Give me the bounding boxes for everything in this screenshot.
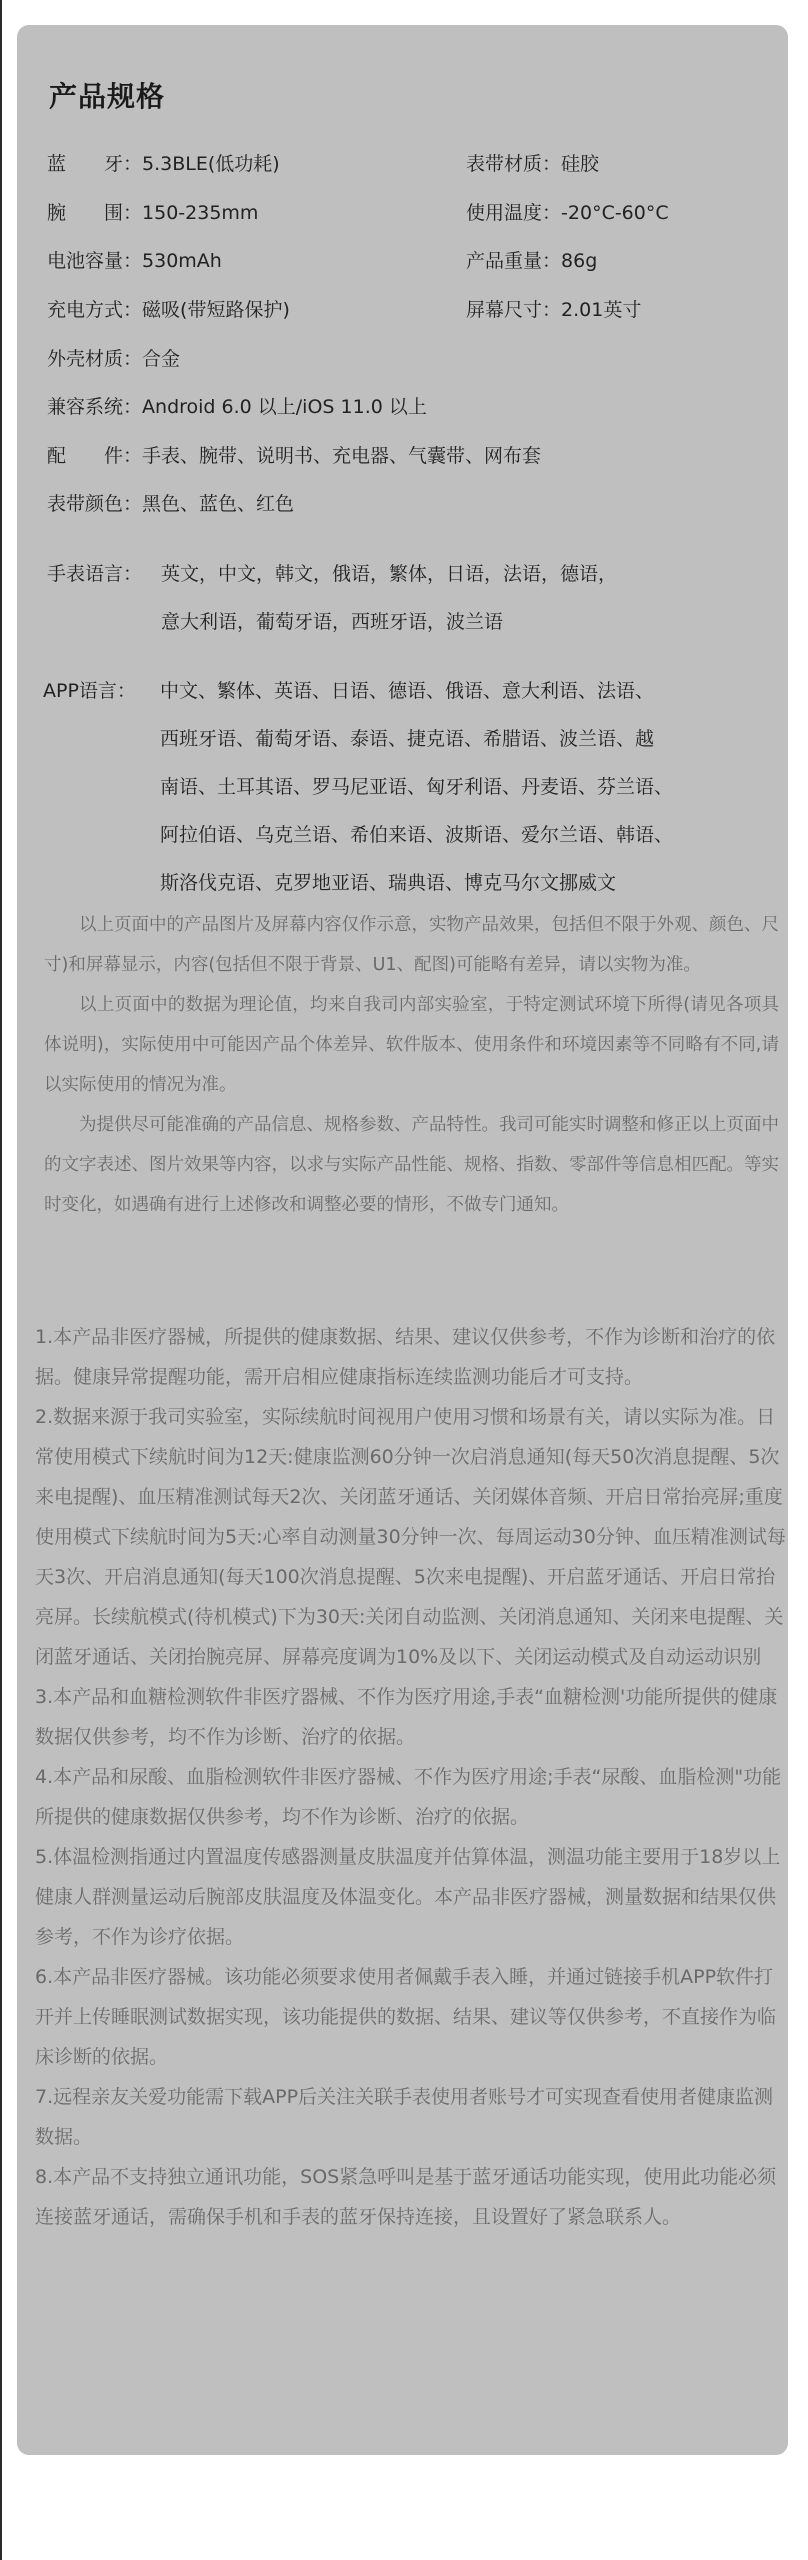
app-languages: APP语言： 中文、繁体、英语、日语、德语、俄语、意大利语、法语、 西班牙语、葡… — [43, 667, 783, 917]
app-languages-label: APP语言： — [43, 667, 136, 715]
spec-card: 产品规格 蓝牙：5.3BLE(低功耗) 腕围：150-235mm 电池容量：53… — [17, 25, 788, 2455]
spec-label: 蓝牙 — [47, 151, 123, 177]
note-item: 5.体温检测指通过内置温度传感器测量皮肤温度并估算体温，测温功能主要用于18岁以… — [35, 1837, 787, 1957]
note-item: 3.本产品和血糖检测软件非医疗器械、不作为医疗用途,手表“血糖检测'功能所提供的… — [35, 1677, 787, 1757]
spec-screen-size: 屏幕尺寸：2.01英寸 — [466, 297, 641, 323]
note-item: 8.本产品不支持独立通讯功能，SOS紧急呼叫是基于蓝牙通话功能实现，使用此功能必… — [35, 2157, 787, 2237]
spec-charging: 充电方式：磁吸(带短路保护) — [47, 297, 290, 323]
spec-label: 充电方式 — [47, 297, 123, 323]
spec-strap-material: 表带材质：硅胶 — [466, 151, 599, 177]
spec-label: 使用温度 — [466, 200, 542, 226]
spec-value: -20°C-60°C — [561, 202, 669, 224]
watch-languages-line: 意大利语，葡萄牙语，西班牙语，波兰语 — [161, 598, 503, 646]
spec-weight: 产品重量：86g — [466, 248, 597, 274]
spec-value: 合金 — [142, 348, 180, 370]
spec-value: 150-235mm — [142, 202, 258, 224]
note-item: 1.本产品非医疗器械，所提供的健康数据、结果、建议仅供参考，不作为诊断和治疗的依… — [35, 1317, 787, 1397]
spec-temperature: 使用温度：-20°C-60°C — [466, 200, 669, 226]
page-title: 产品规格 — [49, 75, 165, 115]
spec-strap-colors: 表带颜色：黑色、蓝色、红色 — [47, 491, 294, 517]
disclaimer-paragraph: 以上页面中的数据为理论值，均来自我司内部实验室，于特定测试环境下所得(请见各项具… — [44, 985, 779, 1105]
note-item: 2.数据来源于我司实验室，实际续航时间视用户使用习惯和场景有关，请以实际为准。日… — [35, 1397, 787, 1677]
app-languages-line: 南语、土耳其语、罗马尼亚语、匈牙利语、丹麦语、芬兰语、 — [160, 763, 673, 811]
watch-languages-label: 手表语言： — [47, 550, 142, 598]
spec-value: 硅胶 — [561, 153, 599, 175]
spec-shell-material: 外壳材质：合金 — [47, 346, 180, 372]
note-item: 7.远程亲友关爱功能需下载APP后关注关联手表使用者账号才可实现查看使用者健康监… — [35, 2077, 787, 2157]
note-item: 6.本产品非医疗器械。该功能必须要求使用者佩戴手表入睡，并通过链接手机APP软件… — [35, 1957, 787, 2077]
spec-label: 兼容系统 — [47, 394, 123, 420]
spec-label: 配件 — [47, 443, 123, 469]
spec-accessories: 配件：手表、腕带、说明书、充电器、气囊带、网布套 — [47, 443, 541, 469]
spec-label: 表带材质 — [466, 151, 542, 177]
disclaimer-section: 以上页面中的产品图片及屏幕内容仅作示意，实物产品效果，包括但不限于外观、颜色、尺… — [44, 905, 779, 1225]
spec-value: 磁吸(带短路保护) — [142, 299, 290, 321]
watch-languages-line: 英文，中文，韩文，俄语，繁体，日语，法语，德语， — [161, 550, 617, 598]
app-languages-line: 中文、繁体、英语、日语、德语、俄语、意大利语、法语、 — [160, 667, 654, 715]
app-languages-line: 阿拉伯语、乌克兰语、希伯来语、波斯语、爱尔兰语、韩语、 — [160, 811, 673, 859]
spec-value: 530mAh — [142, 250, 222, 272]
spec-value: 86g — [561, 250, 597, 272]
spec-label: 屏幕尺寸 — [466, 297, 542, 323]
spec-value: 2.01英寸 — [561, 299, 641, 321]
spec-bluetooth: 蓝牙：5.3BLE(低功耗) — [47, 151, 280, 177]
spec-wrist-size: 腕围：150-235mm — [47, 200, 258, 226]
spec-label: 外壳材质 — [47, 346, 123, 372]
spec-battery: 电池容量：530mAh — [47, 248, 222, 274]
app-languages-line: 西班牙语、葡萄牙语、泰语、捷克语、希腊语、波兰语、越 — [160, 715, 654, 763]
disclaimer-paragraph: 为提供尽可能准确的产品信息、规格参数、产品特性。我司可能实时调整和修正以上页面中… — [44, 1105, 779, 1225]
app-languages-line: 斯洛伐克语、克罗地亚语、瑞典语、博克马尔文挪威文 — [160, 859, 616, 907]
note-item: 4.本产品和尿酸、血脂检测软件非医疗器械、不作为医疗用途;手表“尿酸、血脂检测"… — [35, 1757, 787, 1837]
spec-label: 表带颜色 — [47, 491, 123, 517]
spec-value: 黑色、蓝色、红色 — [142, 493, 294, 515]
notes-section: 1.本产品非医疗器械，所提供的健康数据、结果、建议仅供参考，不作为诊断和治疗的依… — [35, 1317, 787, 2237]
page-left-border — [0, 0, 2, 2560]
spec-compatibility: 兼容系统：Android 6.0 以上/iOS 11.0 以上 — [47, 394, 427, 420]
spec-value: 手表、腕带、说明书、充电器、气囊带、网布套 — [142, 445, 541, 467]
spec-label: 电池容量 — [47, 248, 123, 274]
spec-value: Android 6.0 以上/iOS 11.0 以上 — [142, 396, 427, 418]
disclaimer-paragraph: 以上页面中的产品图片及屏幕内容仅作示意，实物产品效果，包括但不限于外观、颜色、尺… — [44, 905, 779, 985]
spec-label: 产品重量 — [466, 248, 542, 274]
spec-label: 腕围 — [47, 200, 123, 226]
watch-languages: 手表语言： 英文，中文，韩文，俄语，繁体，日语，法语，德语， 意大利语，葡萄牙语… — [47, 550, 767, 650]
spec-value: 5.3BLE(低功耗) — [142, 153, 280, 175]
